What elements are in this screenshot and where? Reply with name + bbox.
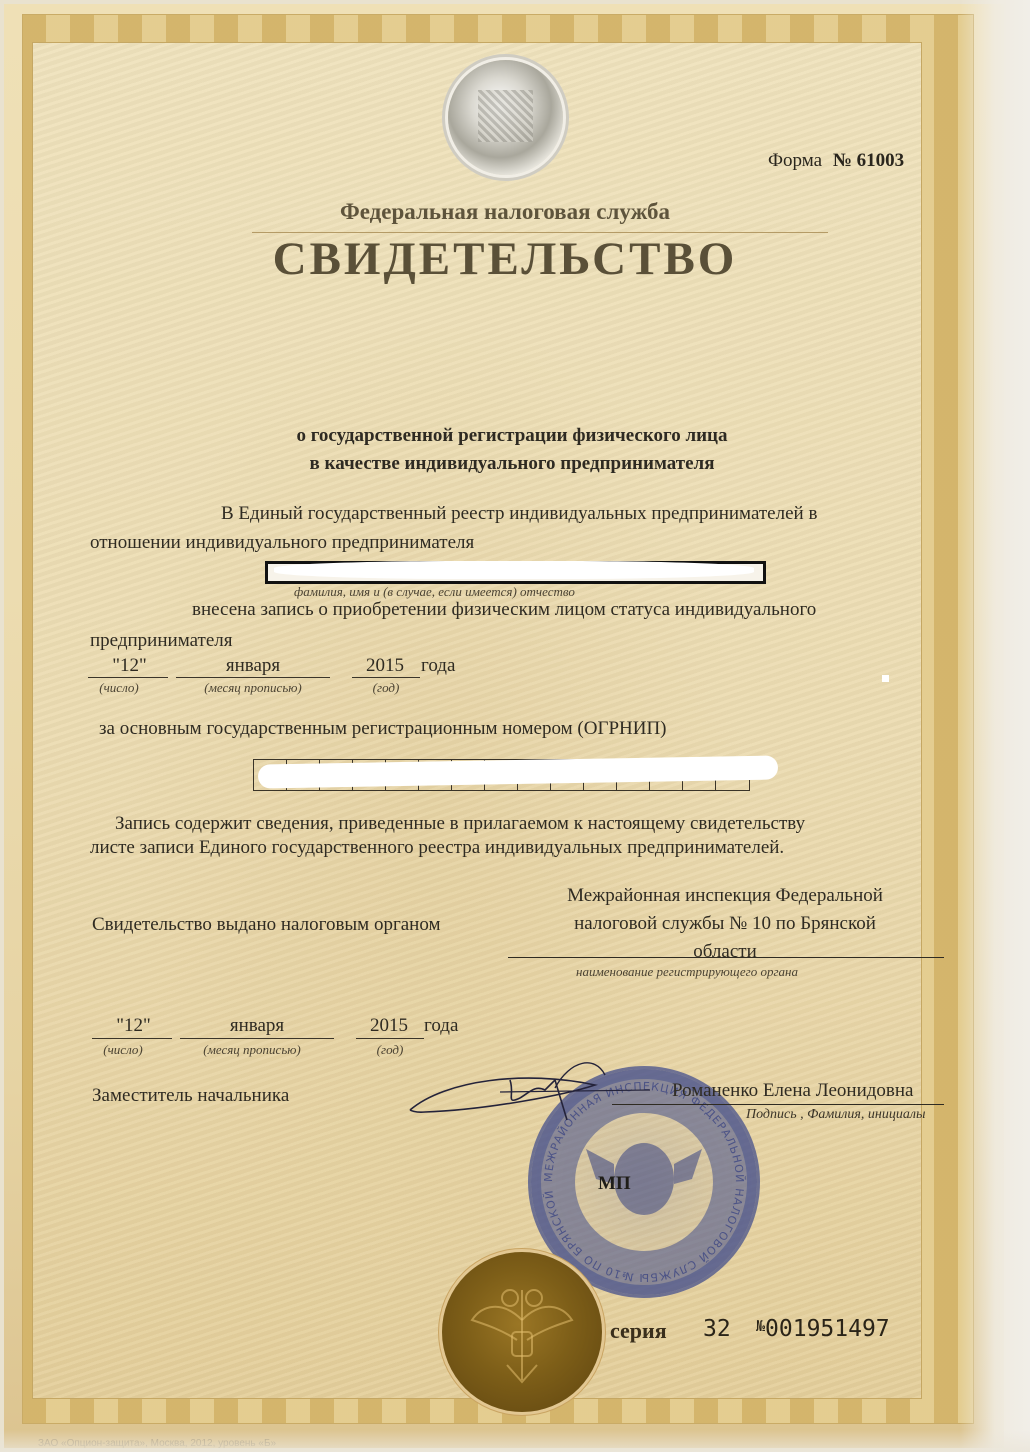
certificate-number: №001951497: [756, 1316, 890, 1342]
issue-day-caption: (число): [92, 1042, 154, 1058]
paragraph-2-line-2: предпринимателя: [90, 630, 232, 652]
paragraph-1-line-1: В Единый государственный реестр индивиду…: [221, 503, 817, 525]
issuing-authority-line-3: области: [510, 938, 940, 966]
entry-month-caption: (месяц прописью): [176, 680, 330, 696]
issuing-authority-line-2: налоговой службы № 10 по Брянской: [510, 910, 940, 938]
stamp-mark: МП: [598, 1173, 631, 1195]
hologram-emblem-icon: [448, 60, 563, 175]
issue-year: 2015: [356, 1015, 422, 1037]
issue-month: января: [180, 1015, 334, 1037]
form-number: Форма № 61003: [768, 150, 904, 172]
page-shadow: [960, 0, 1030, 1452]
paragraph-2-line-1: внесена запись о приобретении физическим…: [192, 599, 816, 621]
form-number-label: Форма: [768, 150, 822, 171]
form-number-value: № 61003: [833, 150, 904, 171]
signature-line: [612, 1104, 944, 1105]
entrepreneur-name-field: [265, 561, 766, 584]
signatory-position: Заместитель начальника: [92, 1085, 289, 1107]
issue-day: "12": [96, 1015, 171, 1037]
issuing-authority: Межрайонная инспекция Федеральной налого…: [510, 882, 940, 966]
issuing-authority-caption: наименование регистрирующего органа: [576, 964, 798, 980]
agency-name: Федеральная налоговая служба: [0, 199, 1030, 225]
number-symbol: №: [756, 1317, 765, 1335]
name-caption: фамилия, имя и (в случае, если имеется) …: [294, 584, 575, 600]
signature-caption: Подпись , Фамилия, инициалы: [746, 1107, 925, 1123]
entry-day: "12": [92, 655, 167, 677]
paragraph-3-line-2: листе записи Единого государственного ре…: [90, 837, 784, 859]
entry-month: января: [176, 655, 330, 677]
paragraph-1-line-2: отношении индивидуального предпринимател…: [90, 532, 474, 554]
subtitle-line-2: в качестве индивидуального предпринимате…: [0, 453, 1030, 475]
series-label: серия: [610, 1318, 667, 1344]
certificate-number-value: 001951497: [765, 1316, 890, 1342]
series-value: 32: [703, 1316, 731, 1342]
issuing-authority-line-1: Межрайонная инспекция Федеральной: [510, 882, 940, 910]
document-title: СВИДЕТЕЛЬСТВО: [0, 232, 1030, 286]
signatory-name: Романенко Елена Леонидовна: [672, 1080, 913, 1102]
entry-year-suffix: года: [421, 655, 455, 677]
issue-year-suffix: года: [424, 1015, 458, 1037]
page-shadow: [0, 1430, 1030, 1452]
entry-day-caption: (число): [88, 680, 150, 696]
ogrnip-label: за основным государственным регистрацион…: [99, 718, 667, 740]
issuer-label: Свидетельство выдано налоговым органом: [92, 914, 441, 936]
subtitle-line-1: о государственной регистрации физическог…: [0, 425, 1030, 447]
entry-year-caption: (год): [352, 680, 420, 696]
divider: [508, 957, 944, 958]
signature-icon: [405, 1050, 655, 1150]
issue-month-caption: (месяц прописью): [180, 1042, 324, 1058]
entry-year: 2015: [352, 655, 418, 677]
coat-of-arms-seal-icon: [442, 1252, 602, 1412]
paragraph-3-line-1: Запись содержит сведения, приведенные в …: [115, 813, 805, 835]
redaction-mark: [882, 675, 889, 682]
